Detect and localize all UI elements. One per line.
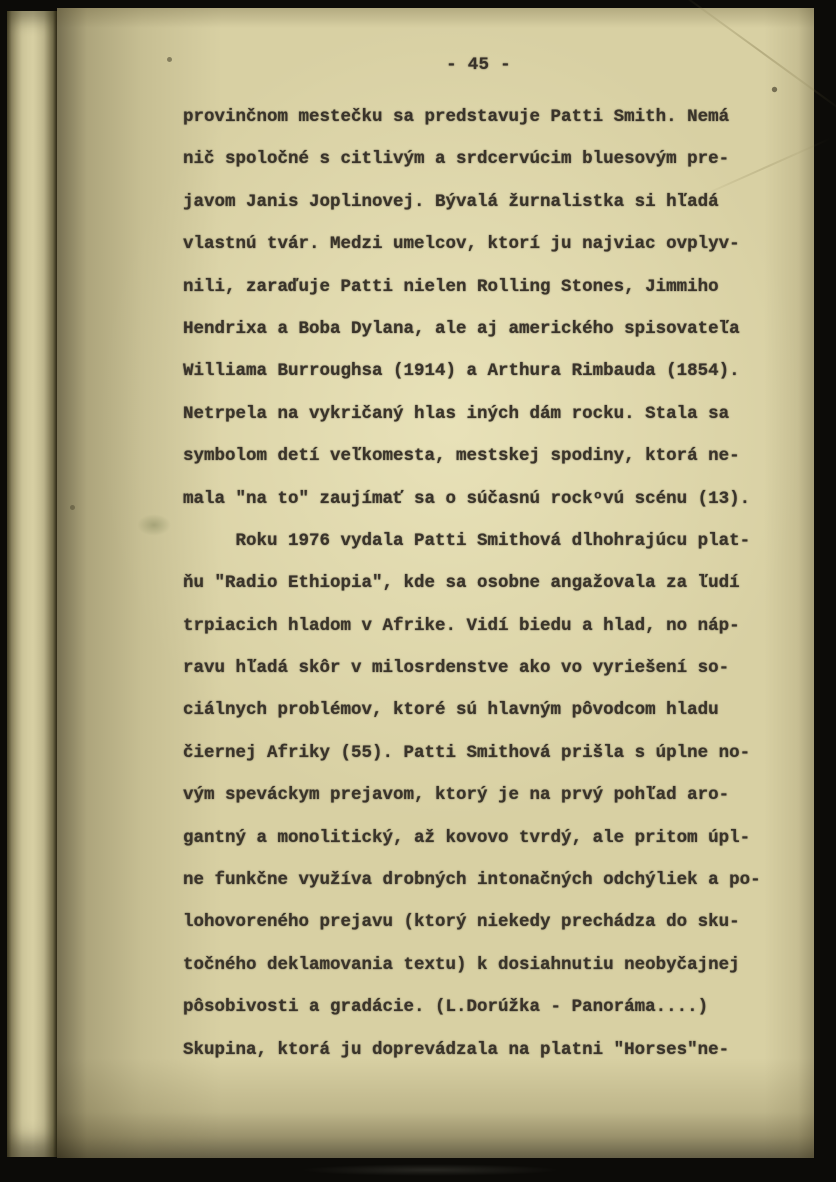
- text-line: Skupina, ktorá ju doprevádzala na platni…: [183, 1029, 808, 1071]
- text-line: Williama Burroughsa (1914) a Arthura Rim…: [183, 350, 808, 392]
- text-line: ciálnych problémov, ktoré sú hlavným pôv…: [183, 689, 808, 731]
- text-line: Hendrixa a Boba Dylana, ale aj americkéh…: [183, 308, 808, 350]
- text-line: vlastnú tvár. Medzi umelcov, ktorí ju na…: [183, 223, 808, 265]
- page-number: - 45 -: [171, 55, 786, 75]
- text-line: vým speváckym prejavom, ktorý je na prvý…: [183, 774, 808, 816]
- text-line: pôsobivosti a gradácie. (L.Dorúžka - Pan…: [183, 986, 808, 1028]
- text-line: čiernej Afriky (55). Patti Smithová priš…: [183, 732, 808, 774]
- body-text: provinčnom mestečku sa predstavuje Patti…: [183, 96, 808, 1071]
- text-line: Netrpela na vykričaný hlas iných dám roc…: [183, 393, 808, 435]
- text-line: ňu "Radio Ethiopia", kde sa osobne angaž…: [183, 562, 808, 604]
- text-line: točného deklamovania textu) k dosiahnuti…: [183, 944, 808, 986]
- paper-specks: [57, 8, 60, 11]
- ink-smudge: [137, 514, 171, 536]
- text-line: ravu hľadá skôr v milosrdenstve ako vo v…: [183, 647, 808, 689]
- text-line: Roku 1976 vydala Patti Smithová dlhohraj…: [183, 520, 808, 562]
- scanned-book-page: - 45 - provinčnom mestečku sa predstavuj…: [0, 0, 836, 1182]
- text-line: mala "na to" zaujímať sa o súčasnú rockᵒ…: [183, 478, 808, 520]
- text-line: gantný a monolitický, až kovovo tvrdý, a…: [183, 817, 808, 859]
- text-line: nili, zaraďuje Patti nielen Rolling Ston…: [183, 266, 808, 308]
- scan-artifact: [300, 1164, 560, 1176]
- text-line: lohovoreného prejavu (ktorý niekedy prec…: [183, 901, 808, 943]
- text-line: ne funkčne využíva drobných intonačných …: [183, 859, 808, 901]
- text-line: nič spoločné s citlivým a srdcervúcim bl…: [183, 138, 808, 180]
- underlying-page-edge: [7, 11, 57, 1157]
- text-line: javom Janis Joplinovej. Bývalá žurnalist…: [183, 181, 808, 223]
- text-line: provinčnom mestečku sa predstavuje Patti…: [183, 96, 808, 138]
- document-page: - 45 - provinčnom mestečku sa predstavuj…: [57, 8, 814, 1158]
- text-line: symbolom detí veľkomesta, mestskej spodi…: [183, 435, 808, 477]
- text-line: trpiacich hladom v Afrike. Vidí biedu a …: [183, 605, 808, 647]
